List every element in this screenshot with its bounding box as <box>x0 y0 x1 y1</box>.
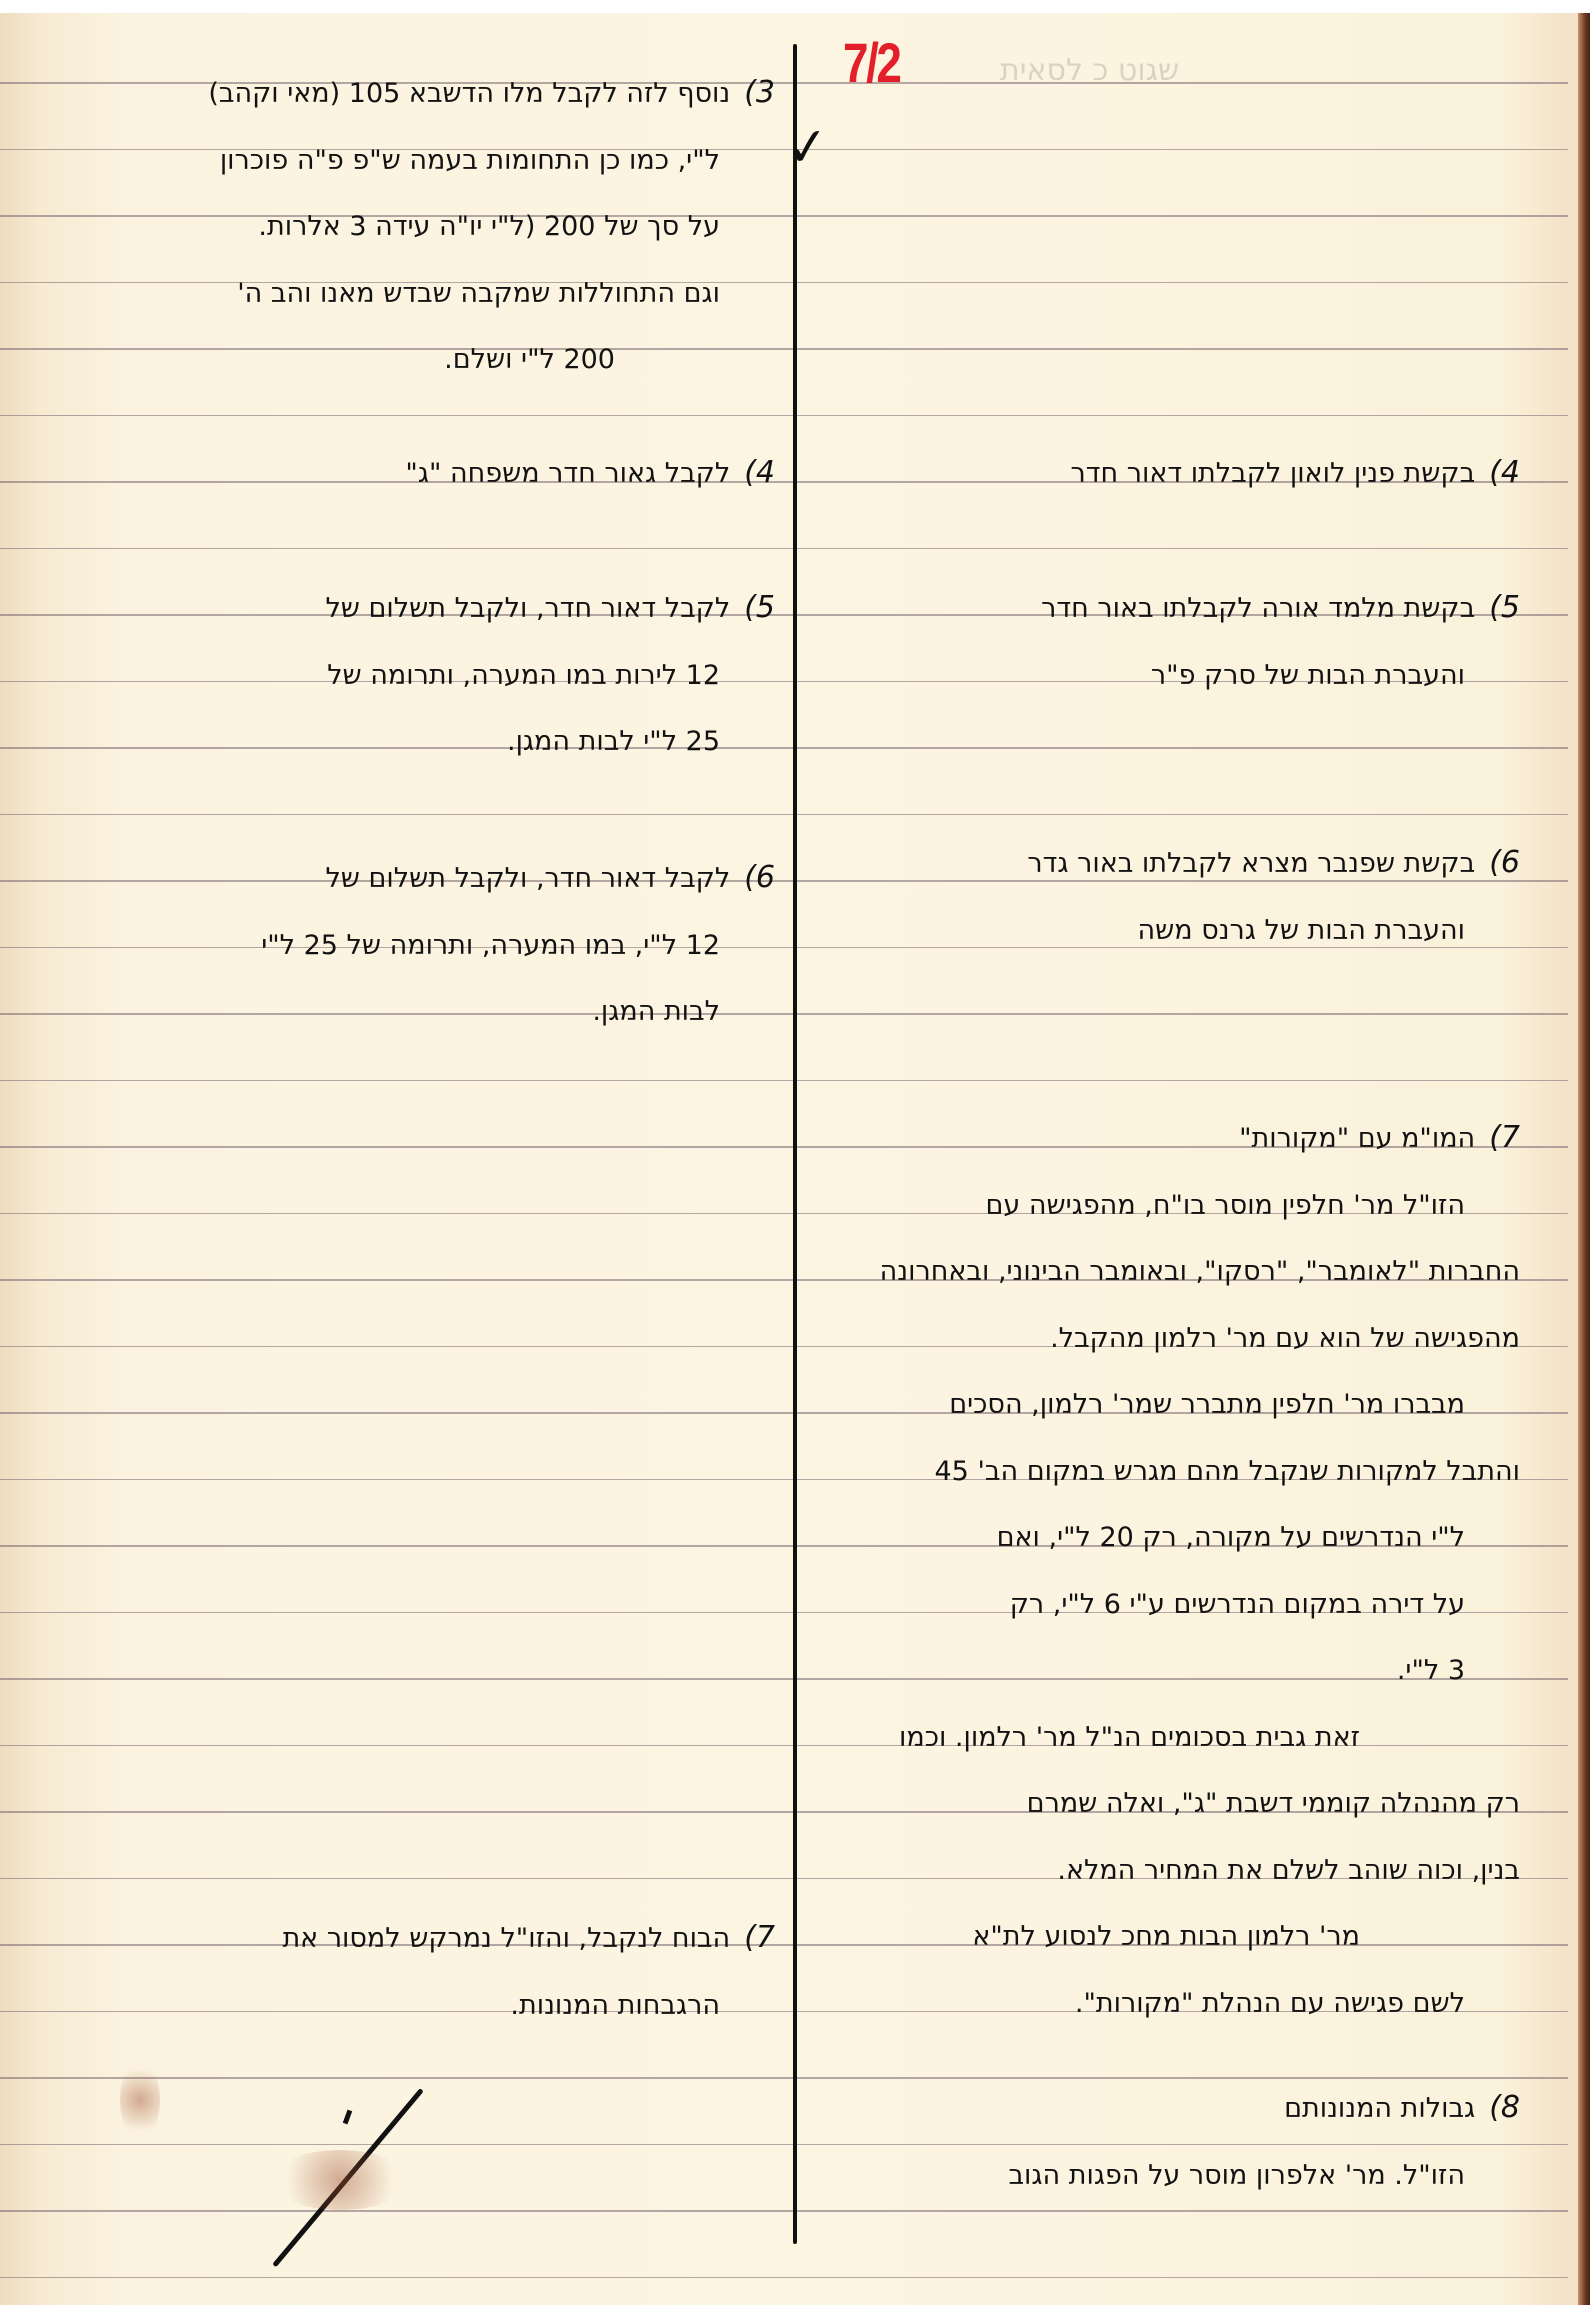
left-entry-7: 7)הבוח לנקבל, והזו"ל נמרקש למסור את הרגב… <box>30 1905 775 2039</box>
left-entry-3: 3)נוסף לזה לקבל מלו הדשבא 105 (מאי וקהב)… <box>30 60 775 394</box>
right-entry-8: 8)גבולות המנונותם הזו"ל. מר' אלפרון מוסר… <box>830 2075 1520 2209</box>
entry-line: הזו"ל. מר' אלפרון מוסר על הפגות הגוב <box>830 2143 1520 2210</box>
entry-line: 200 ל"י ושלם. <box>30 327 775 394</box>
right-entry-7: 7)המו"מ עם "מקורות" הזו"ל מר' חלפין מוסר… <box>830 1105 1520 2037</box>
right-entry-4: 4)בקשת פנין לואון לקבלתו דאור חדר <box>830 440 1520 508</box>
entry-line: זאת גבית בסכומים הנ"ל מר' רלמון. וכמו <box>830 1705 1520 1772</box>
entry-line: וגם התחוללות שמקבה שבדש מאנו והב ה' <box>30 261 775 328</box>
entry-line: בנין, וכוה שוהב לשלם את המחיר המלא. <box>830 1838 1520 1905</box>
entry-line: נוסף לזה לקבל מלו הדשבא 105 (מאי וקהב) <box>208 78 730 109</box>
entry-number: 4) <box>1489 440 1520 507</box>
checkmark-icon: ✓ <box>783 116 833 180</box>
entry-line: בקשת מלמד אורה לקבלתו באור חדר <box>1041 593 1475 624</box>
entry-line: 12 ל"י, במו המערה, ותרומה של 25 ל"י <box>30 913 775 980</box>
entry-heading: גבולות המנונותם <box>1284 2093 1475 2124</box>
entry-line: 25 ל"י לבות המגן. <box>30 709 775 776</box>
entry-line: בקשת שפנבר מצרא לקבלתו באור גדר <box>1027 848 1475 879</box>
entry-line: מהפגישה של הוא עם מר' רלמון מהקבל. <box>830 1306 1520 1373</box>
entry-line: והעברת הבות של סרק פ"ר <box>830 643 1520 710</box>
ruled-line <box>0 814 1568 816</box>
entry-number: 6) <box>1489 830 1520 897</box>
entry-line: מר' רלמון הבות מחכ לנסוע לת"א <box>830 1904 1520 1971</box>
right-entry-5: 5)בקשת מלמד אורה לקבלתו באור חדר והעברת … <box>830 575 1520 709</box>
entry-number: 6) <box>744 845 775 912</box>
left-entry-6: 6)לקבל דאור חדר, ולקבל תשלום של 12 ל"י, … <box>30 845 775 1046</box>
entry-line: על סך של 200 (ל"י יו"ה עידה 3 אלרות. <box>30 194 775 261</box>
left-entry-5: 5)לקבל דאור חדר, ולקבל תשלום של 12 לירות… <box>30 575 775 776</box>
entry-line: רק מהנהלה קוממי דשבת "ג", ואלה שמרם <box>830 1771 1520 1838</box>
ruled-line <box>0 1080 1568 1082</box>
entry-line: הזו"ל מר' חלפין מוסר בו"ח, מהפגישה עם <box>830 1173 1520 1240</box>
entry-line: לקבל דאור חדר, ולקבל תשלום של <box>325 593 730 624</box>
ink-stain <box>120 2060 160 2140</box>
entry-number: 8) <box>1489 2075 1520 2142</box>
entry-line: לקבל גאור חדר משפחה "ג" <box>405 458 730 489</box>
entry-line: על דירה במקום הנדרשים ע"י 6 ל"י, רק <box>830 1572 1520 1639</box>
entry-heading: המו"מ עם "מקורות" <box>1239 1123 1475 1154</box>
entry-line: בקשת פנין לואון לקבלתו דאור חדר <box>1071 458 1476 489</box>
entry-number: 3) <box>744 60 775 127</box>
ink-stain <box>270 2150 410 2210</box>
entry-line: לבות המגן. <box>30 979 775 1046</box>
entry-line: הבוח לנקבל, והזו"ל נמרקש למסור את <box>282 1923 730 1954</box>
ruled-line <box>0 2277 1568 2279</box>
entry-line: 12 לירות במו המערה, ותרומה של <box>30 643 775 710</box>
entry-line: והתבל למקורות שנקבל מהם מגרש במקום הב' 4… <box>830 1439 1520 1506</box>
page-binding-edge <box>1578 13 1590 2305</box>
ruled-line <box>0 548 1568 550</box>
left-entry-4: 4)לקבל גאור חדר משפחה "ג" <box>30 440 775 508</box>
entry-line: 3 ל"י. <box>830 1638 1520 1705</box>
ruled-line <box>0 2210 1568 2212</box>
column-divider-line <box>793 44 797 2244</box>
entry-line: לשם פגישה עם הנהלת "מקורות". <box>830 1971 1520 2038</box>
entry-line: ל"י, כמו כן התחומות בעמה ש"פ פ"ה פוכרון <box>30 128 775 195</box>
entry-line: מבברו מר' חלפין מתברר שמר' רלמון, הסכים <box>830 1372 1520 1439</box>
date-annotation: 7/2 <box>843 30 899 95</box>
right-entry-6: 6)בקשת שפנבר מצרא לקבלתו באור גדר והעברת… <box>830 830 1520 964</box>
entry-number: 7) <box>1489 1105 1520 1172</box>
entry-number: 5) <box>744 575 775 642</box>
bleed-through-header: שגוט כ לסאית <box>1000 53 1179 88</box>
entry-line: והעברת הבות של גרנס משה <box>830 898 1520 965</box>
entry-line: לקבל דאור חדר, ולקבל תשלום של <box>325 863 730 894</box>
entry-line: ל"י הנדרשים על מקורה, רק 20 ל"י, ואם <box>830 1505 1520 1572</box>
entry-line: הרגבחות המנונות. <box>30 1973 775 2040</box>
ruled-line <box>0 415 1568 417</box>
entry-number: 5) <box>1489 575 1520 642</box>
entry-line: החברות "לאומבר", "רסקו", ובאומבר הבינוני… <box>830 1239 1520 1306</box>
entry-number: 4) <box>744 440 775 507</box>
entry-number: 7) <box>744 1905 775 1972</box>
